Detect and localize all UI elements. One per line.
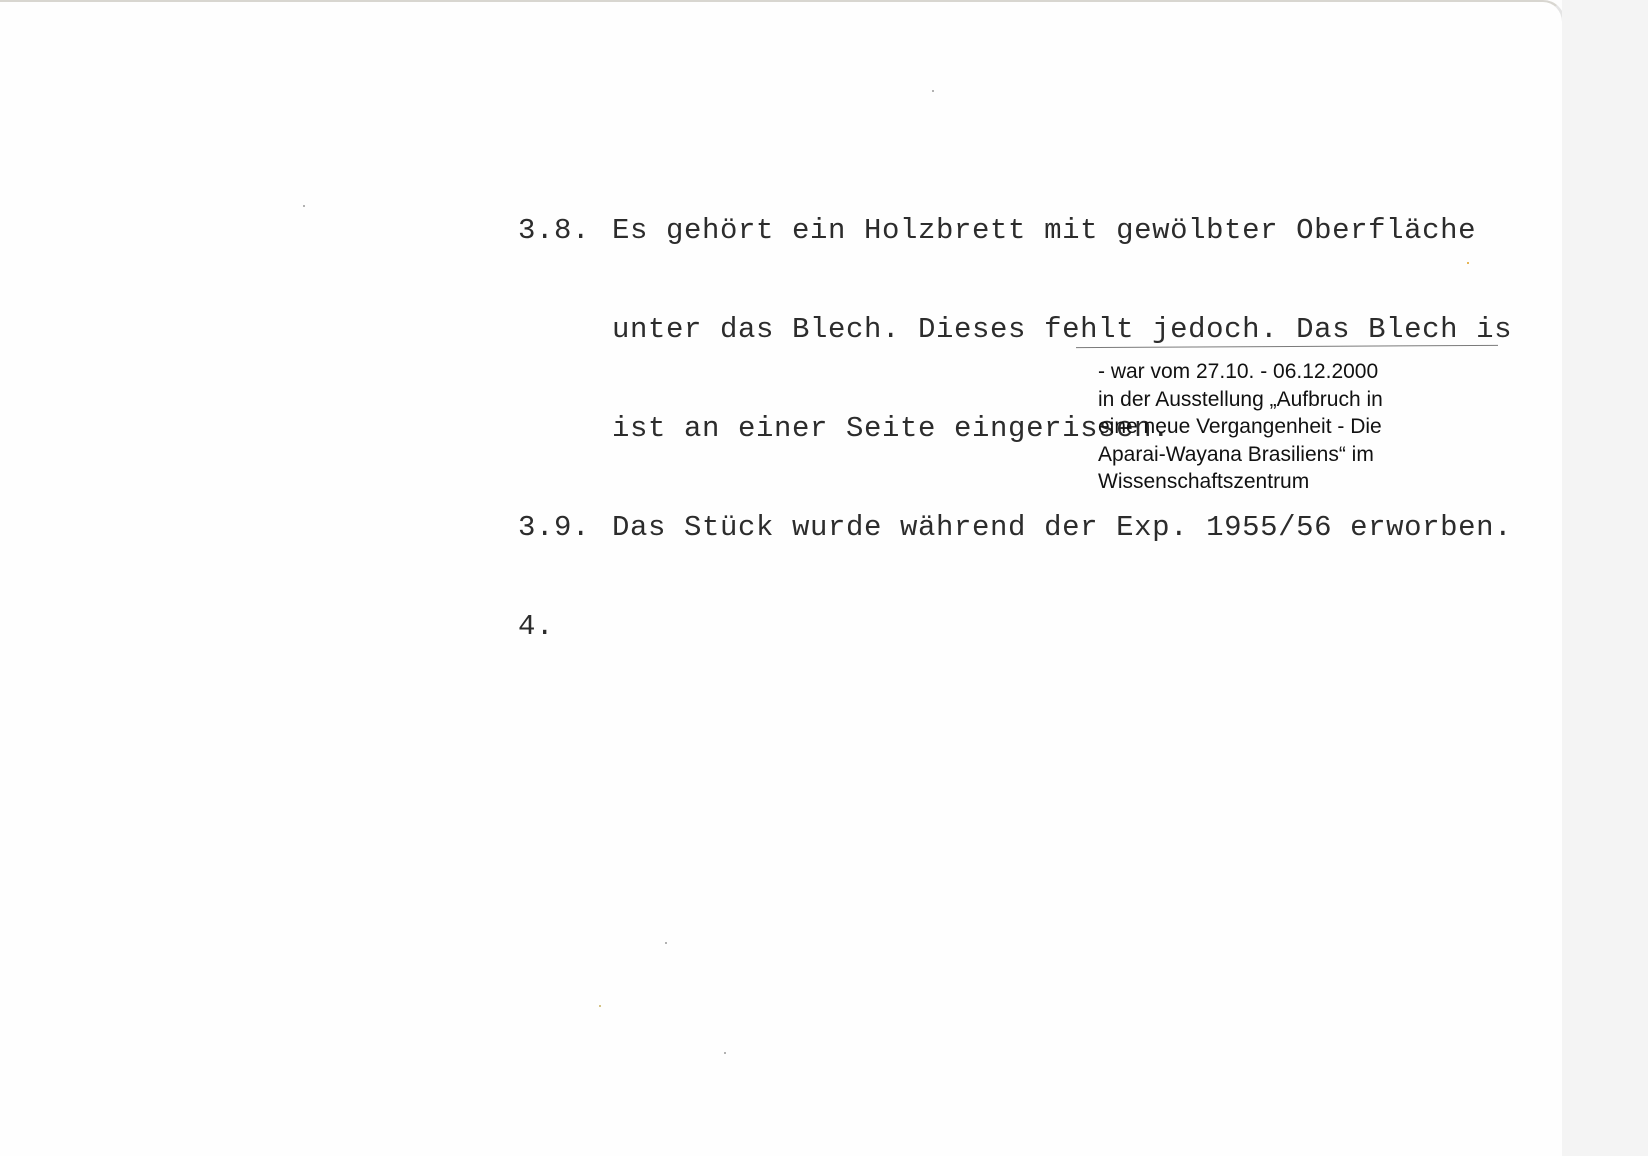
entry-line [612, 610, 1512, 643]
entry-number: 3.8. [518, 214, 612, 247]
entry-3-8-cont: unter das Blech. Dieses fehlt jedoch. Da… [518, 313, 1512, 346]
entry-3-9: 3.9. Das Stück wurde während der Exp. 19… [518, 511, 1512, 544]
entry-line: unter das Blech. Dieses fehlt jedoch. Da… [612, 313, 1512, 346]
label-line: eine neue Vergangenheit - Die [1098, 413, 1478, 441]
entry-3-8: 3.8. Es gehört ein Holzbrett mit gewölbt… [518, 214, 1512, 247]
entry-line: Das Stück wurde während der Exp. 1955/56… [612, 511, 1512, 544]
entry-number: 3.9. [518, 511, 612, 544]
label-line: in der Ausstellung „Aufbruch in [1098, 386, 1478, 414]
entry-line: Es gehört ein Holzbrett mit gewölbter Ob… [612, 214, 1512, 247]
label-line: Wissenschaftszentrum [1098, 468, 1478, 496]
label-line: - war vom 27.10. - 06.12.2000 [1098, 358, 1478, 386]
pasted-exhibition-label: - war vom 27.10. - 06.12.2000 in der Aus… [1098, 358, 1478, 496]
paper-speck [724, 1052, 726, 1054]
paper-speck [665, 942, 667, 944]
entry-4: 4. [518, 610, 1512, 643]
card-background-edge [1562, 0, 1648, 1156]
paper-speck [1467, 262, 1469, 264]
paper-speck [932, 90, 934, 92]
label-line: Aparai-Wayana Brasiliens“ im [1098, 441, 1478, 469]
paper-speck [303, 205, 305, 207]
entry-number: 4. [518, 610, 612, 643]
paper-speck [599, 1005, 601, 1007]
